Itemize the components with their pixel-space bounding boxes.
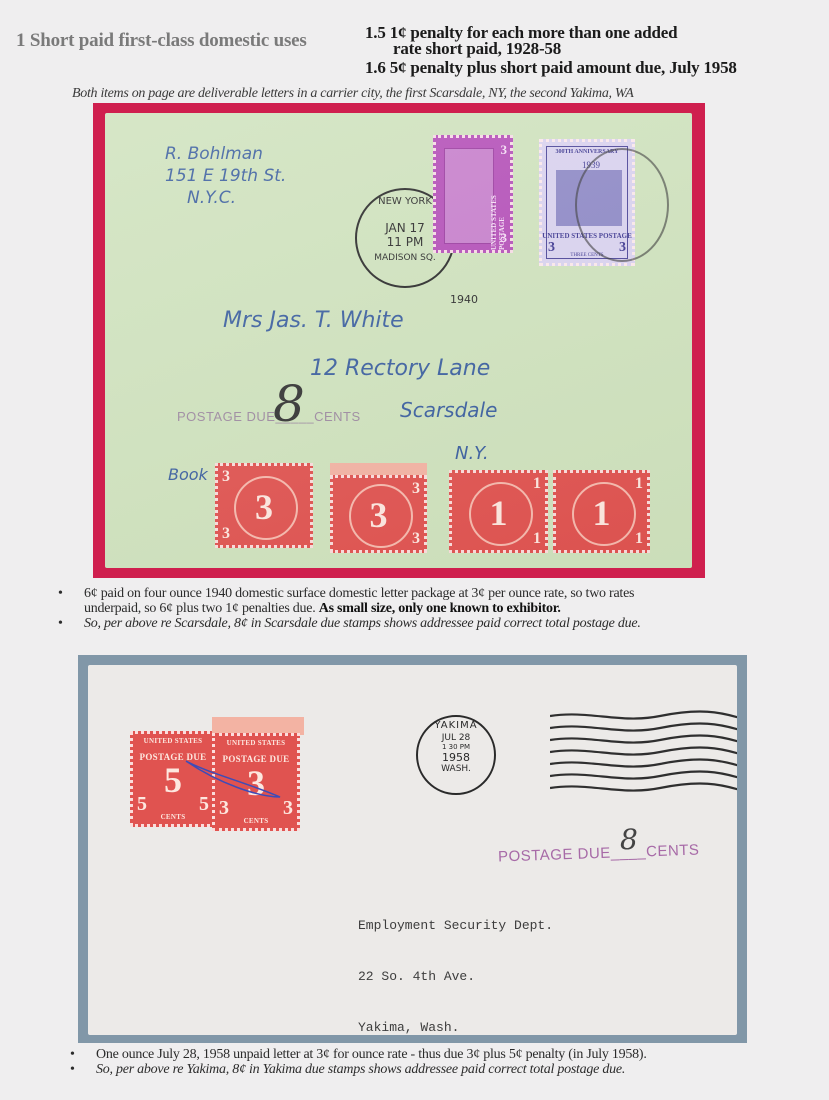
caption2-bullet-1: • One ounce July 28, 1958 unpaid letter … xyxy=(70,1047,820,1062)
printing-anniversary-stamp: 300TH ANNIVERSARY 1939 UNITED STATES POS… xyxy=(539,139,635,266)
subsection-1-6: 1.6 5¢ penalty plus short paid amount du… xyxy=(365,60,737,76)
caption2-bullet-2: • So, per above re Yakima, 8¢ in Yakima … xyxy=(70,1062,820,1077)
cover2-envelope: UNITED STATES POSTAGE DUE 5 5 5 CENTS UN… xyxy=(88,665,737,1035)
caption1-bullet-2: • So, per above re Scarsdale, 8¢ in Scar… xyxy=(58,616,818,631)
return-address-name: R. Bohlman xyxy=(165,143,286,165)
due-amount-manuscript: 8 xyxy=(273,375,305,433)
stamp-selvage xyxy=(330,463,427,477)
subsection-headings: 1.5 1¢ penalty for each more than one ad… xyxy=(365,25,737,76)
yakima-postmark: YAKIMA JUL 28 1 30 PM 1958 WASH. xyxy=(416,715,496,795)
map-vignette xyxy=(444,148,494,244)
return-address-street: 151 E 19th St. xyxy=(165,165,286,187)
new-york-postmark xyxy=(575,148,669,262)
return-address-city: N.Y.C. xyxy=(165,187,286,209)
return-address: R. Bohlman 151 E 19th St. N.Y.C. xyxy=(165,143,286,209)
addressee-street: 12 Rectory Lane xyxy=(310,356,490,381)
postage-due-stamp-1c: 1 1 1 xyxy=(449,470,548,553)
postage-due-stamp-3c: 3 3 3 xyxy=(330,475,427,553)
cover2-caption: • One ounce July 28, 1958 unpaid letter … xyxy=(70,1047,820,1077)
postage-due-handstamp: POSTAGE DUE____CENTS xyxy=(498,841,700,865)
cover1-envelope: R. Bohlman 151 E 19th St. N.Y.C. NEW YOR… xyxy=(105,113,692,568)
madison-postmark: NEW YORK JAN 17 11 PM MADISON SQ. xyxy=(355,188,455,288)
postage-due-stamp-3c: 3 3 3 xyxy=(215,463,313,548)
addressee-city: Scarsdale xyxy=(400,398,497,422)
statehood-stamp: 3 3 UNITED STATES POSTAGE xyxy=(433,135,513,253)
printing-press-vignette xyxy=(556,170,622,226)
section-title: 1 Short paid first-class domestic uses xyxy=(16,30,307,52)
cover1-caption: • 6¢ paid on four ounce 1940 domestic su… xyxy=(58,586,818,631)
postage-due-handstamp: POSTAGE DUE_____CENTS xyxy=(177,409,361,424)
address-line-3: Yakima, Wash. xyxy=(358,1019,553,1035)
address-line-1: Employment Security Dept. xyxy=(358,917,553,934)
blue-pen-cancel xyxy=(178,753,288,803)
typed-address: Employment Security Dept. 22 So. 4th Ave… xyxy=(358,883,553,1035)
caption1-bullet-1: • 6¢ paid on four ounce 1940 domestic su… xyxy=(58,586,818,616)
machine-cancel-wavy-lines xyxy=(550,710,737,800)
subsection-1-5-line2: rate short paid, 1928-58 xyxy=(365,41,737,57)
address-line-2: 22 So. 4th Ave. xyxy=(358,968,553,985)
addressee-state: N.Y. xyxy=(455,443,489,464)
page-subtitle: Both items on page are deliverable lette… xyxy=(72,86,634,102)
addressee-name: Mrs Jas. T. White xyxy=(223,308,404,333)
postage-due-stamp-1c: 1 1 1 xyxy=(553,470,650,553)
side-note: Book xyxy=(168,465,208,484)
due-amount-manuscript: 8 xyxy=(620,823,638,856)
postmark-year: 1940 xyxy=(450,293,478,306)
